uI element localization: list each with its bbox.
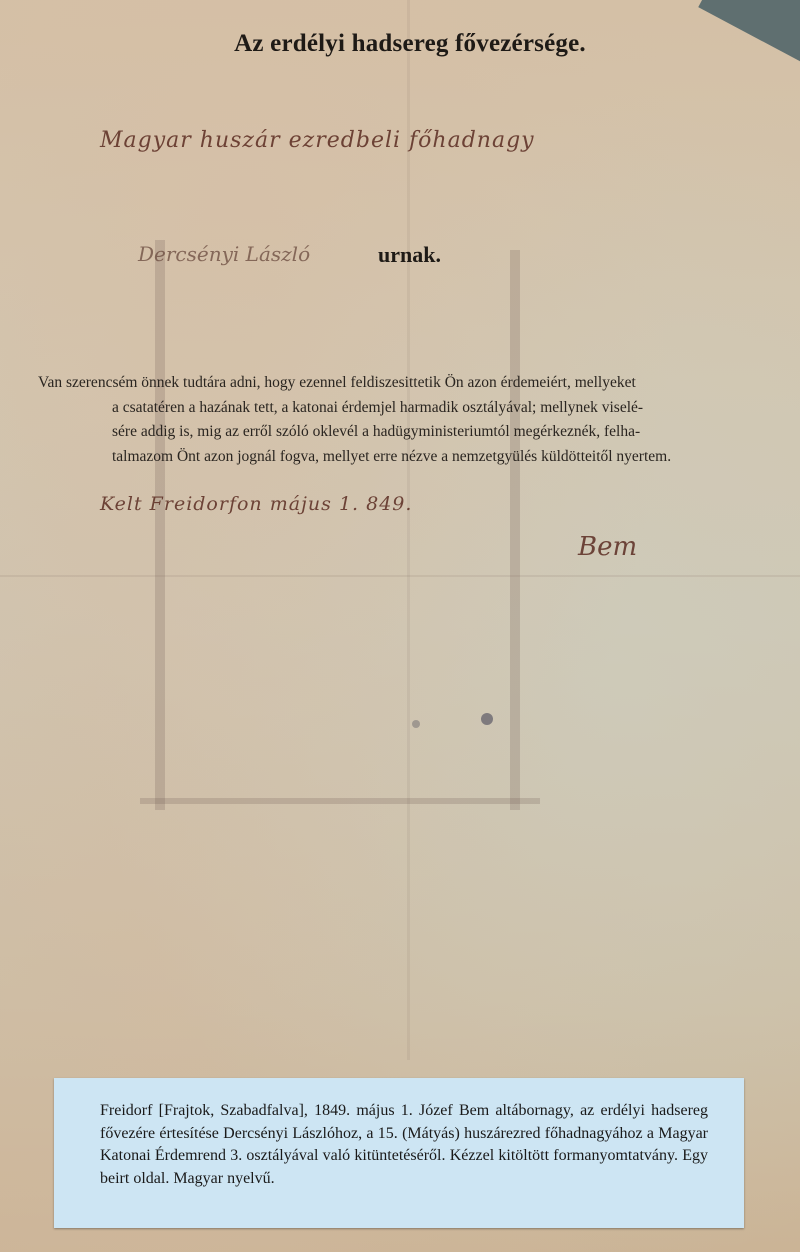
document-paper: Az erdélyi hadsereg fővezérsége. Magyar … xyxy=(0,0,800,1252)
ink-stain xyxy=(481,713,493,725)
caption-text: Freidorf [Frajtok, Szabadfalva], 1849. m… xyxy=(100,1100,708,1190)
handwritten-recipient-name: Dercsényi László xyxy=(138,242,310,266)
salutation: urnak. xyxy=(378,242,441,268)
body-line: a csatatéren a hazának tett, a katonai é… xyxy=(38,396,786,421)
fold-line xyxy=(510,250,520,810)
fold-line xyxy=(140,798,540,804)
fold-line xyxy=(407,0,410,1060)
document-body: Van szerencsém önnek tudtára adni, hogy … xyxy=(38,371,786,469)
body-line: talmazom Önt azon jognál fogva, mellyet … xyxy=(38,445,786,470)
museum-caption-label: Freidorf [Frajtok, Szabadfalva], 1849. m… xyxy=(54,1078,744,1228)
fold-line xyxy=(155,240,165,810)
document-title: Az erdélyi hadsereg fővezérsége. xyxy=(0,30,800,58)
body-line: Van szerencsém önnek tudtára adni, hogy … xyxy=(38,371,786,396)
body-line: sére addig is, mig az erről szóló oklevé… xyxy=(38,420,786,445)
signature: Bem xyxy=(578,532,637,562)
handwritten-date: Kelt Freidorfon május 1. 849. xyxy=(100,493,412,515)
ink-stain xyxy=(412,720,420,728)
handwritten-rank: Magyar huszár ezredbeli főhadnagy xyxy=(100,128,535,153)
fold-line xyxy=(0,575,800,577)
